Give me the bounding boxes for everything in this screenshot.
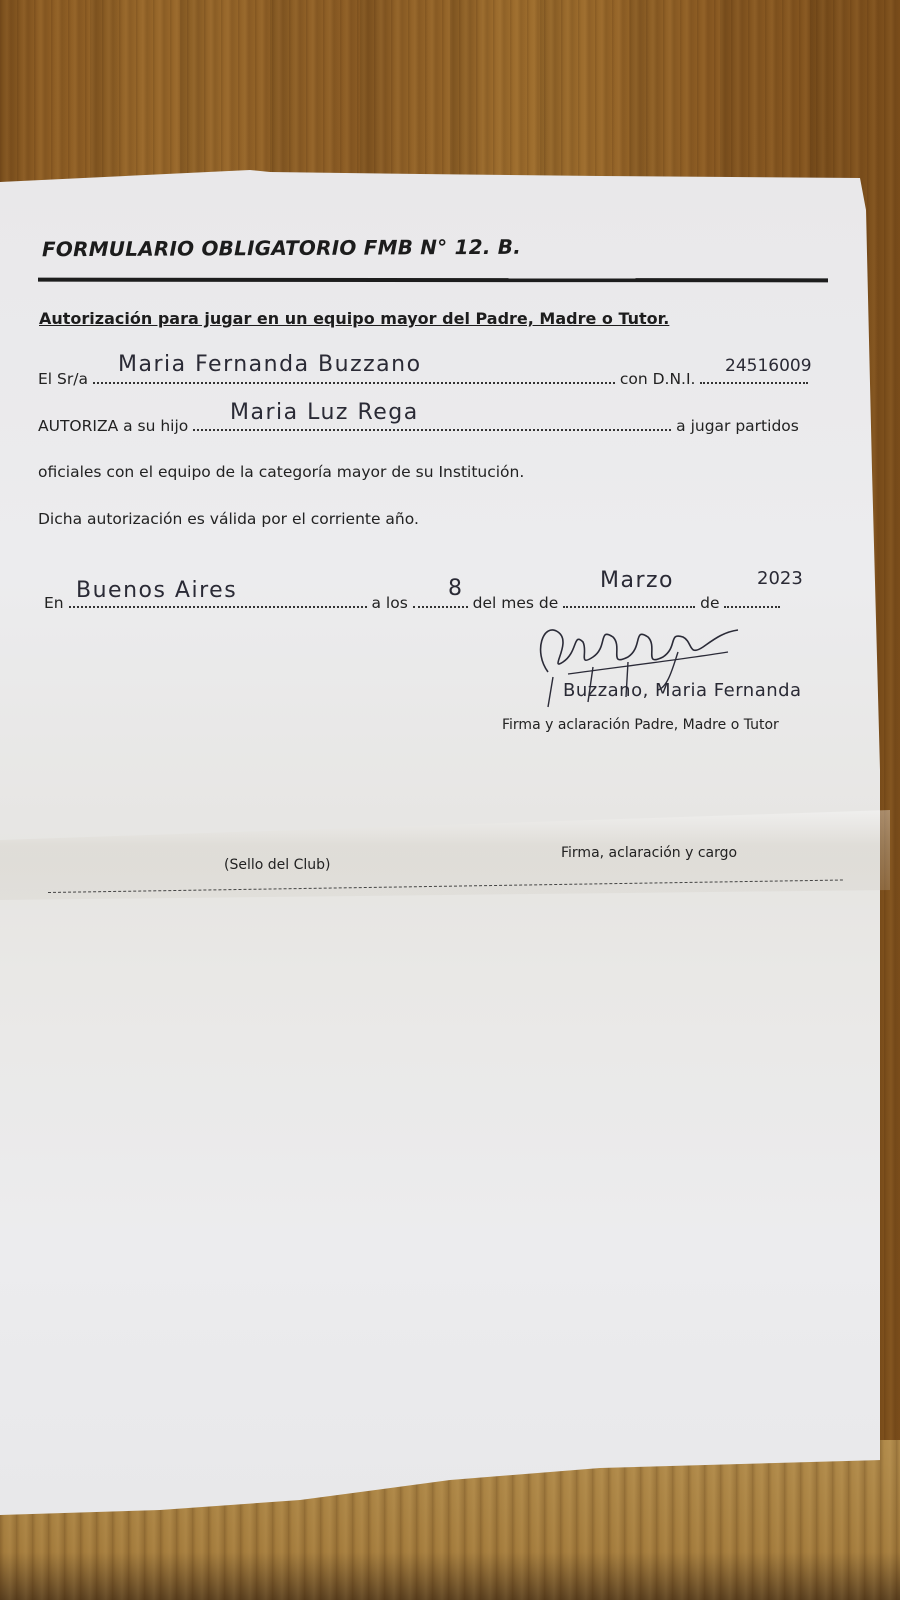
en-label: En (44, 594, 64, 612)
club-stamp-label: (Sello del Club) (224, 857, 330, 873)
a-los-label: a los (372, 594, 408, 612)
handwritten-city: Buenos Aires (76, 578, 237, 603)
dni-label: con D.N.I. (620, 370, 696, 388)
handwritten-child-name: Maria Luz Rega (230, 400, 419, 425)
form-document: FORMULARIO OBLIGATORIO FMB N° 12. B. Aut… (0, 0, 900, 1600)
parent-label: El Sr/a (38, 370, 88, 388)
title-rule (38, 278, 828, 283)
mes-label: del mes de (473, 594, 559, 612)
form-title: FORMULARIO OBLIGATORIO FMB N° 12. B. (42, 235, 521, 262)
form-subtitle: Autorización para jugar en un equipo may… (39, 309, 669, 328)
cut-line (48, 880, 843, 893)
handwritten-day: 8 (448, 576, 464, 601)
de-label: de (700, 594, 719, 612)
handwritten-dni: 24516009 (725, 356, 812, 376)
handwritten-aclaracion: Buzzano, Maria Fernanda (563, 680, 802, 701)
month-field[interactable] (563, 604, 695, 608)
year-field[interactable] (724, 604, 780, 608)
signature-caption: Firma y aclaración Padre, Madre o Tutor (502, 717, 779, 733)
day-field[interactable] (413, 604, 468, 608)
dni-field[interactable] (700, 380, 808, 384)
handwritten-year: 2023 (757, 568, 803, 589)
official-matches-text: oficiales con el equipo de la categoría … (38, 463, 524, 481)
parent-name-field[interactable] (93, 380, 615, 384)
play-label: a jugar partidos (676, 417, 799, 435)
child-label: AUTORIZA a su hijo (38, 417, 188, 435)
child-name-field[interactable] (193, 427, 671, 431)
club-signature-label: Firma, aclaración y cargo (561, 845, 737, 861)
city-field[interactable] (69, 604, 367, 608)
validity-text: Dicha autorización es válida por el corr… (38, 510, 419, 528)
handwritten-parent-name: Maria Fernanda Buzzano (118, 352, 422, 377)
handwritten-month: Marzo (600, 568, 674, 593)
